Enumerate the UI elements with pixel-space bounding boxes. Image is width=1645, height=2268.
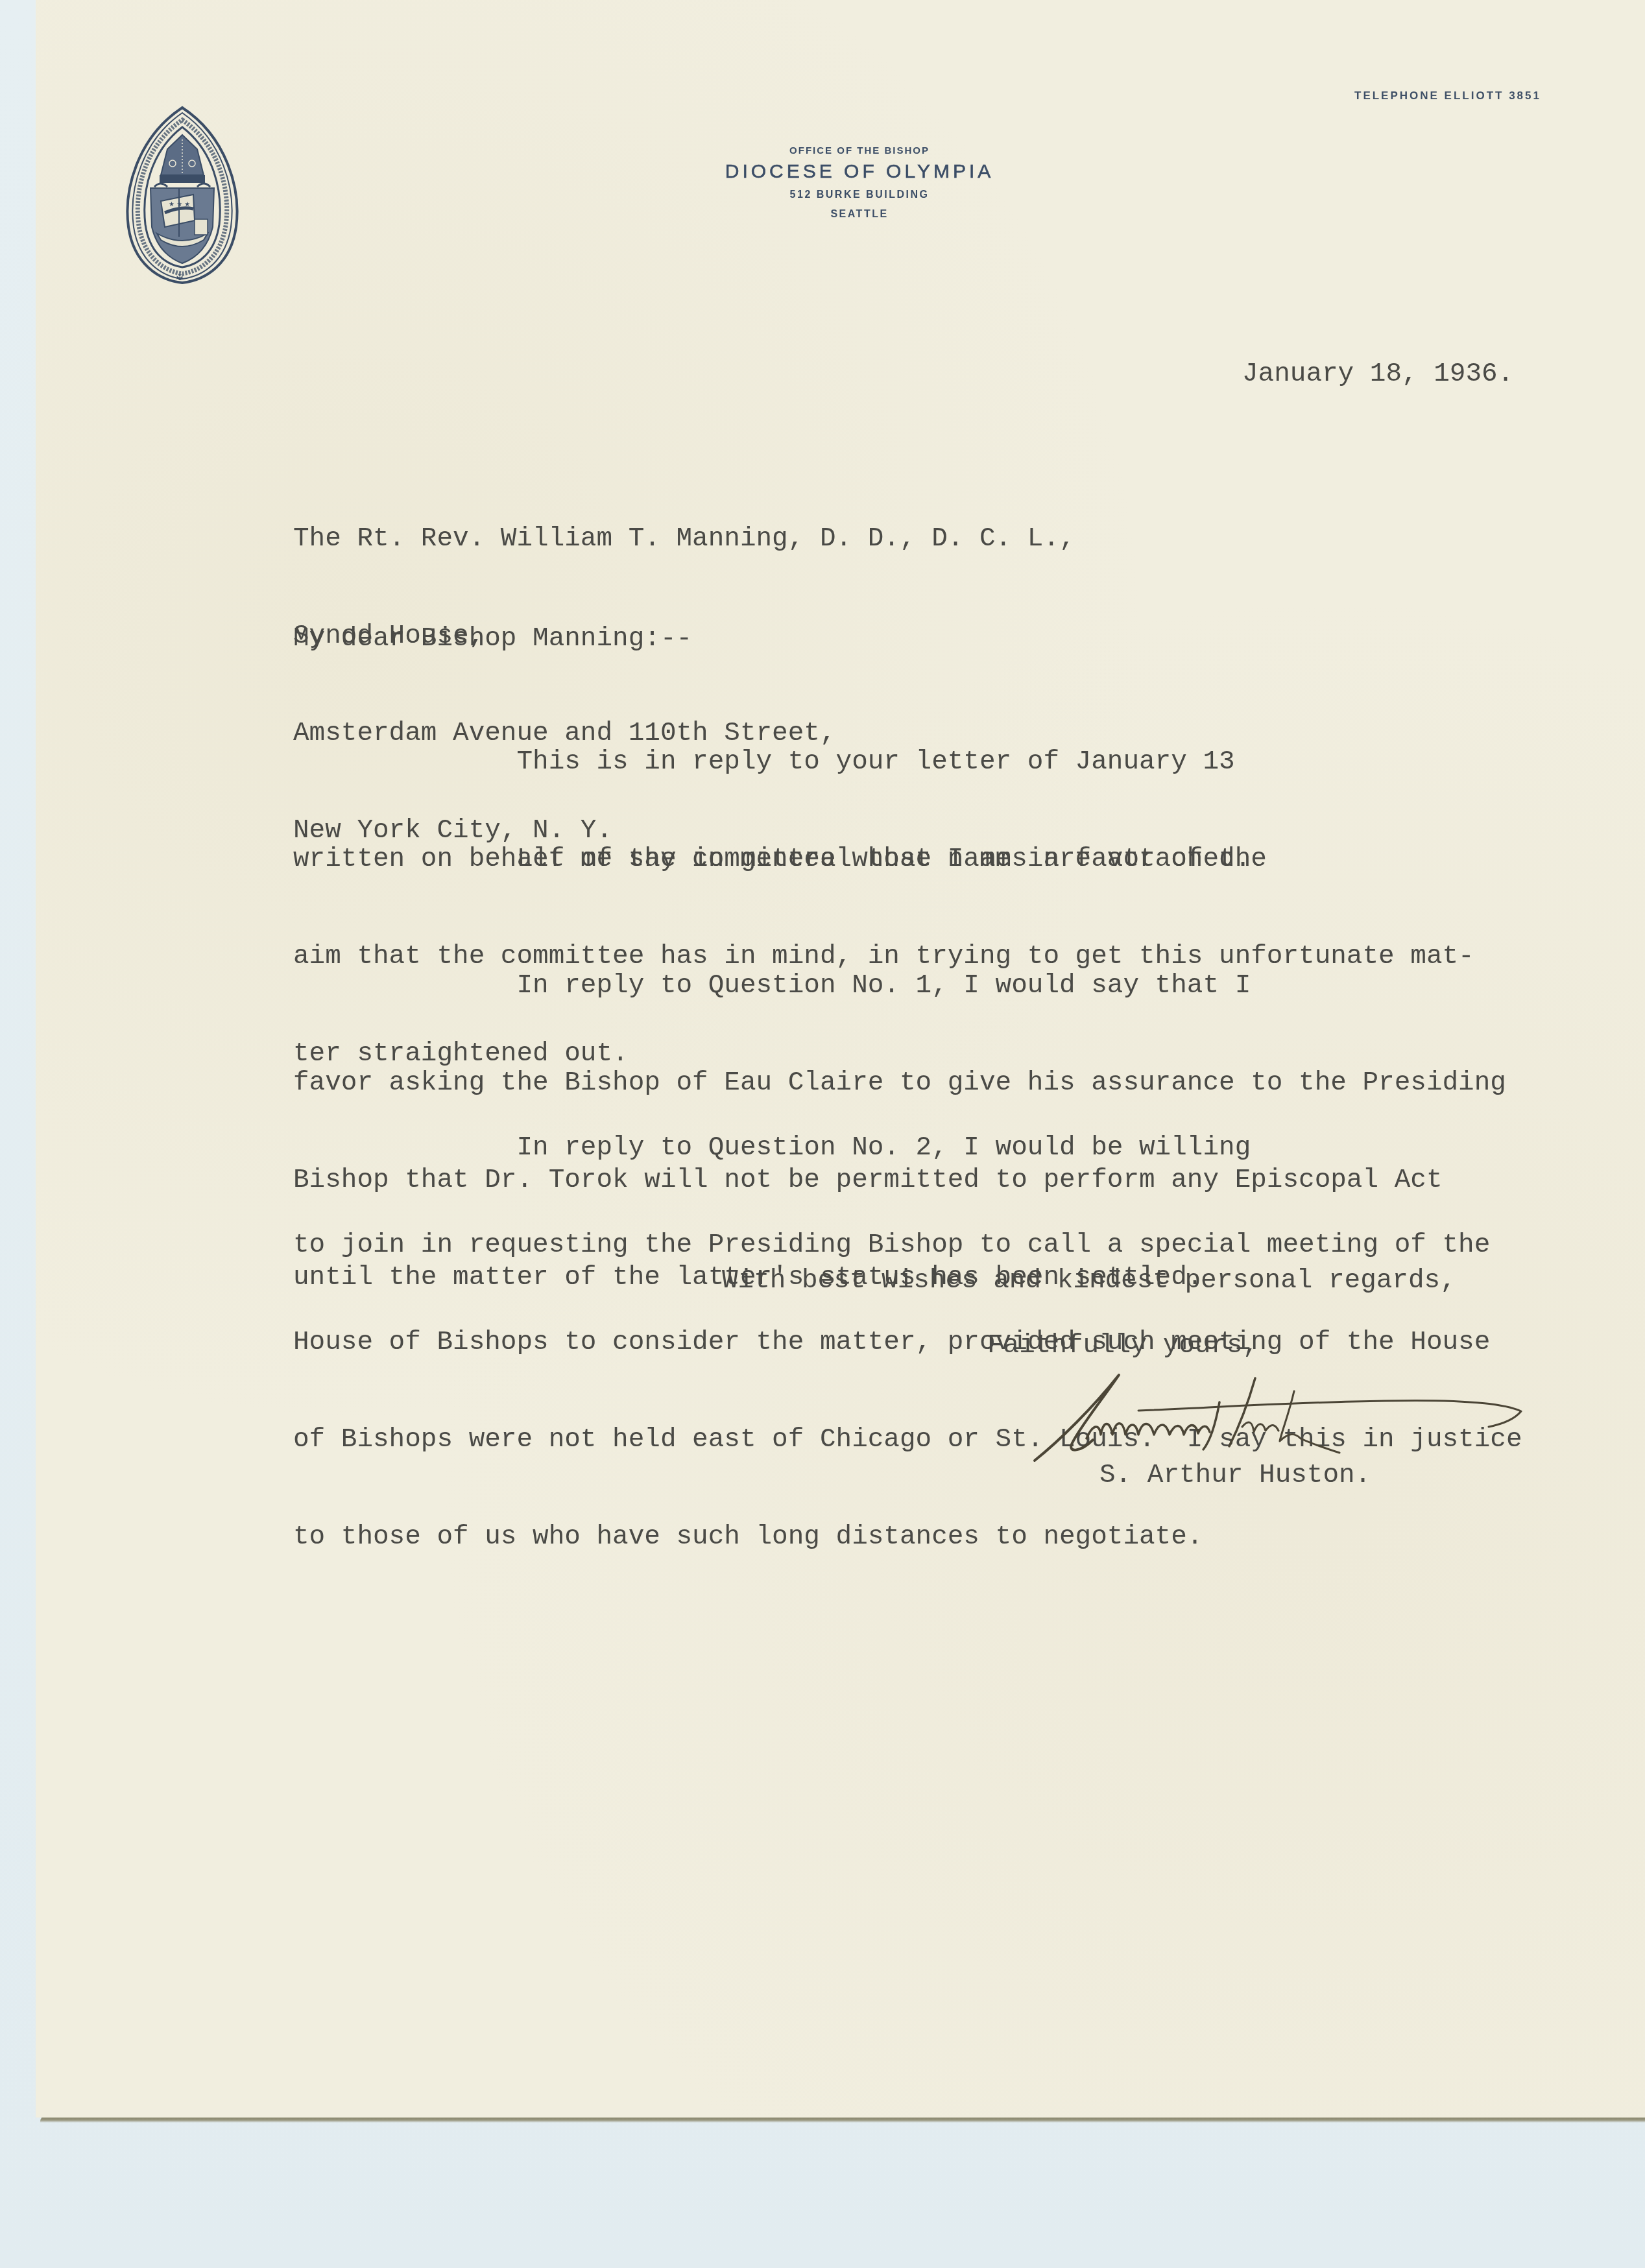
- letterhead-city: SEATTLE: [649, 205, 1070, 224]
- letterhead-telephone: TELEPHONE ELLIOTT 3851: [1354, 90, 1541, 102]
- closing-line: With best wishes and kindest personal re…: [722, 1265, 1456, 1297]
- body-paragraph: In reply to Question No. 2, I would be w…: [293, 1067, 1522, 1586]
- salutation: My dear Bishop Manning:--: [293, 623, 692, 655]
- letterhead-office: OFFICE OF THE BISHOP: [649, 144, 1070, 158]
- paragraph-line: In reply to Question No. 2, I would be w…: [293, 1132, 1522, 1164]
- letterhead-address: 512 BURKE BUILDING: [649, 185, 1070, 205]
- paragraph-line: In reply to Question No. 1, I would say …: [293, 970, 1506, 1002]
- paragraph-line: to join in requesting the Presiding Bish…: [293, 1229, 1522, 1261]
- valediction: Faithfully yours,: [987, 1330, 1258, 1362]
- recipient-line: The Rt. Rev. William T. Manning, D. D., …: [293, 523, 1075, 555]
- letterhead: OFFICE OF THE BISHOP DIOCESE OF OLYMPIA …: [649, 144, 1070, 224]
- paragraph-line: This is in reply to your letter of Janua…: [293, 746, 1251, 778]
- svg-text:✠: ✠: [176, 273, 183, 282]
- signer-name: S. Arthur Huston.: [1099, 1459, 1371, 1492]
- letter-date: January 18, 1936.: [1242, 358, 1513, 390]
- handwritten-signature-icon: [1022, 1362, 1573, 1466]
- paragraph-line: House of Bishops to consider the matter,…: [293, 1326, 1522, 1359]
- diocesan-seal-icon: ★ ★ ★ ✠: [122, 104, 243, 285]
- paragraph-line: Let me say in general that I am in favor…: [293, 843, 1474, 876]
- paragraph-line: to those of us who have such long distan…: [293, 1521, 1522, 1553]
- letterhead-organization: DIOCESE OF OLYMPIA: [649, 158, 1070, 185]
